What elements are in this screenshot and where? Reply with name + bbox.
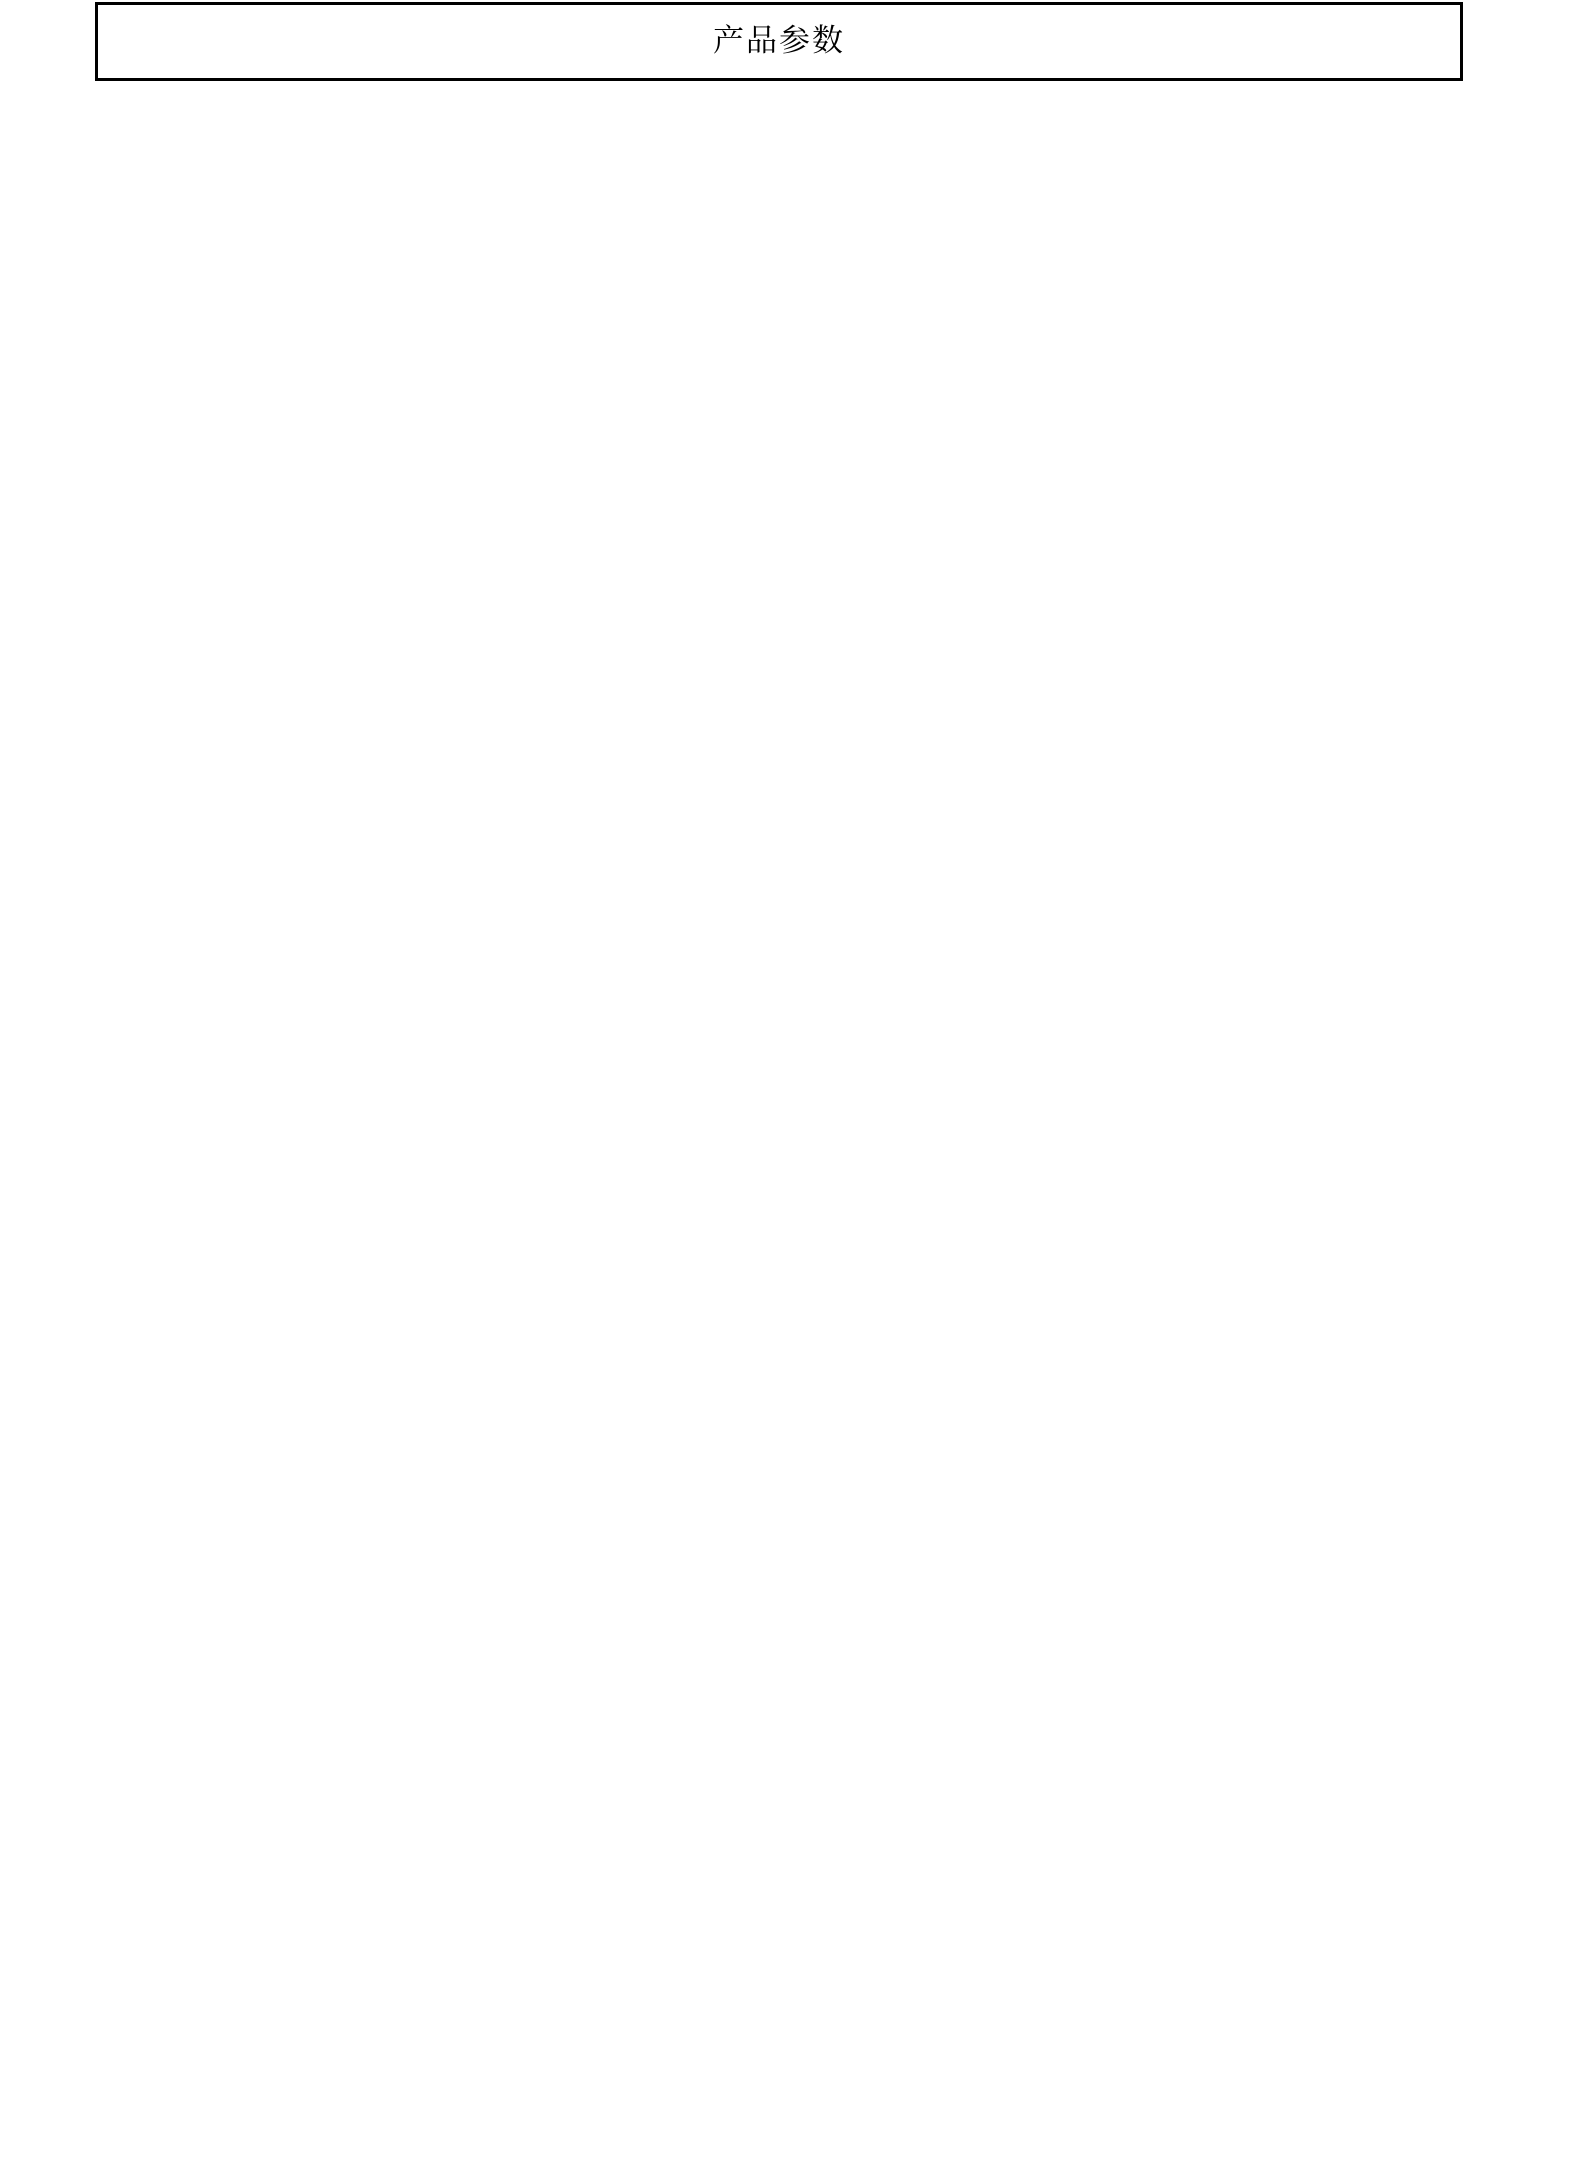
spec-sheet-page: 产品参数 xyxy=(0,2,1570,2157)
table-header-row: 产品参数 xyxy=(97,4,1462,80)
product-spec-table: 产品参数 xyxy=(95,2,1463,81)
table-title: 产品参数 xyxy=(97,4,1462,80)
